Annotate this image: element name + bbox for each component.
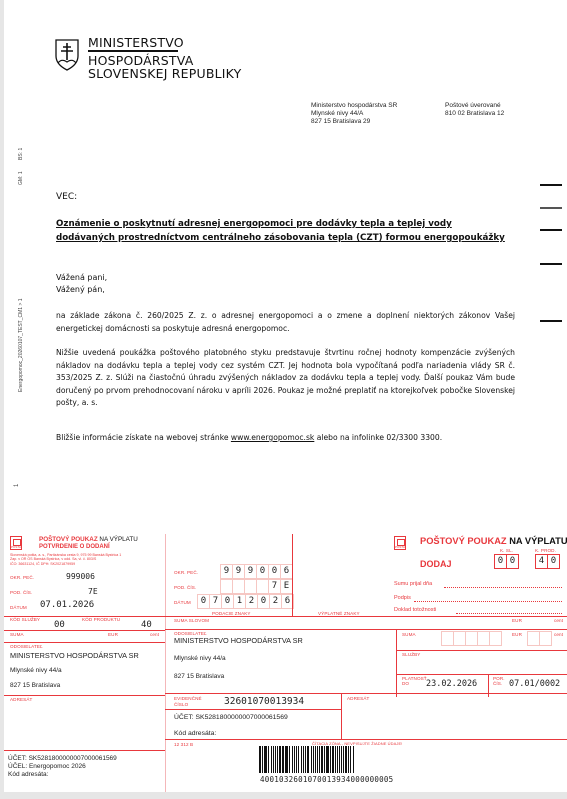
- fold-mark: [540, 263, 562, 265]
- por-cis-label: POR.ČÍS.: [493, 676, 505, 686]
- k-prod-boxes: 40: [535, 554, 560, 569]
- contact-text: alebo na infolinke 02/3300 3300.: [314, 433, 442, 442]
- stub-rule: [4, 630, 165, 631]
- paragraph-intro: na základe zákona č. 260/2025 Z. z. o ad…: [56, 310, 515, 335]
- k-sl-label: K. SL.: [500, 548, 513, 553]
- coat-of-arms-icon: [54, 38, 80, 72]
- barcode: [259, 746, 434, 773]
- digit-box: 0: [507, 555, 518, 568]
- post-logo-text: POŠTA: [11, 545, 21, 549]
- stub-pod-cis-label: POD. ČÍS.: [10, 590, 32, 595]
- stub-sender-label: ODOSIELATEĽ: [10, 644, 43, 649]
- evidencne-label-line: ČÍSLO: [174, 702, 202, 708]
- greeting-line: Vážená pani,: [56, 272, 107, 284]
- fold-mark: [540, 207, 562, 209]
- stub-title: POŠTOVÝ POUKAZ NA VÝPLATU: [39, 536, 138, 543]
- postage-note-line: 810 02 Bratislava 12: [445, 110, 504, 118]
- right-title-black: NA VÝPLATU: [507, 536, 567, 546]
- digit-box: 9: [221, 565, 233, 578]
- digit-box: [257, 580, 269, 593]
- stub-recipient-code: Kód adresáta:: [8, 771, 117, 779]
- postal-voucher: POŠTA POŠTOVÝ POUKAZ NA VÝPLATU POTVRDEN…: [4, 528, 567, 792]
- suma-slovom-label: SUMA SLOVOM: [174, 618, 209, 623]
- main-divider: [396, 629, 397, 697]
- side-code-file: Energopomoc_20260107_TEST_CM1 > 1: [18, 298, 24, 392]
- barcode-number: 4001032601070013934000000005: [260, 775, 393, 784]
- right-suma-label: SUMA: [402, 632, 416, 637]
- digit-box: [233, 580, 245, 593]
- digit-box: 0: [198, 595, 210, 608]
- main-addressee-label: ADRESÁT: [347, 696, 369, 701]
- post-logo-text: POŠTA: [395, 545, 405, 549]
- digit-box: 0: [258, 595, 270, 608]
- post-logo-icon: POŠTA: [10, 536, 22, 550]
- kod-sluzby-label: KÓD SLUŽBY: [10, 617, 40, 622]
- digit-box: 9: [245, 565, 257, 578]
- main-sender-name: MINISTERSTVO HOSPODÁRSTVA SR: [174, 636, 303, 645]
- right-title-red: POŠTOVÝ POUKAZ: [420, 536, 507, 546]
- digit-box: 0: [257, 565, 269, 578]
- letter-page: MINISTERSTVO HOSPODÁRSTVA SLOVENSKEJ REP…: [4, 0, 567, 792]
- energopomoc-link[interactable]: www.energopomoc.sk: [231, 433, 314, 442]
- kod-produktu-label: KÓD PRODUKTU: [82, 617, 120, 622]
- stub-okr-pec-value: 999006: [66, 572, 95, 581]
- stub-subtitle: POTVRDENIE O DODANÍ: [39, 544, 110, 550]
- kod-produktu-value: 40: [141, 620, 152, 630]
- stub-suma-label: SUMA: [10, 632, 24, 637]
- stub-account: ÚČET: SK5281800000007000061569: [8, 755, 117, 763]
- sumu-prijal-field[interactable]: [444, 587, 562, 588]
- stub-rule: [4, 750, 165, 751]
- main-pod-cis-label: POD. ČÍS.: [174, 585, 196, 590]
- sender-address-line: Mlynské nivy 44/A: [311, 110, 397, 118]
- stub-okr-pec-label: OKR. PEČ.: [10, 575, 34, 580]
- dodaj-label: DODAJ: [420, 559, 452, 569]
- digit-box: 4: [536, 555, 548, 568]
- digit-box: 2: [246, 595, 258, 608]
- cent-boxes: [527, 631, 552, 646]
- digit-box: 0: [222, 595, 234, 608]
- platnost-label: PLATNOSŤDO: [402, 676, 427, 686]
- digit-box: [221, 580, 233, 593]
- evidencne-cislo-label: EVIDENČNÉČÍSLO: [174, 696, 202, 707]
- main-okr-pec-label: OKR. PEČ.: [174, 570, 198, 575]
- form-code: 12 312 B: [174, 742, 193, 747]
- stub-datum-value: 07.01.2026: [40, 600, 94, 610]
- stub-title-black: NA VÝPLATU: [98, 536, 138, 543]
- stub-rule: [4, 695, 165, 696]
- digit-box: 7: [269, 580, 281, 593]
- right-cent-label: cent: [554, 632, 563, 637]
- por-cis-label-line: ČÍS.: [493, 681, 505, 686]
- side-code-page: 1: [14, 484, 20, 487]
- stub-title-red: POŠTOVÝ POUKAZ: [39, 536, 98, 543]
- fold-mark: [540, 229, 562, 231]
- sender-address-line: Ministerstvo hospodárstva SR: [311, 102, 397, 110]
- evidencne-cislo-value: 32601070013934: [224, 696, 304, 707]
- main-datum-boxes: 07012026: [197, 594, 294, 609]
- digit-box: 6: [281, 565, 292, 578]
- digit-box: 1: [234, 595, 246, 608]
- stub-footer: ÚČET: SK5281800000007000061569 ÚČEL: Ene…: [8, 755, 117, 779]
- digit-box: 2: [270, 595, 282, 608]
- main-rule: [165, 629, 567, 630]
- postage-note: Poštové úverované 810 02 Bratislava 12: [445, 102, 504, 118]
- stub-sender-city: 827 15 Bratislava: [10, 682, 60, 689]
- doklad-label: Doklad totožnosti: [394, 607, 436, 613]
- k-prod-label: K. PROD.: [535, 548, 556, 553]
- sumu-prijal-label: Sumu prijal dňa: [394, 581, 432, 587]
- podpis-field[interactable]: [414, 601, 562, 602]
- logo-line-3: SLOVENSKEJ REPUBLIKY: [88, 67, 241, 80]
- main-account: ÚČET: SK5281800000007000061569: [174, 714, 288, 721]
- stub-purpose: ÚČEL: Energopomoc 2026: [8, 763, 117, 771]
- doklad-field[interactable]: [456, 613, 562, 614]
- main-cent-label: cent: [554, 618, 563, 623]
- platnost-value: 23.02.2026: [426, 679, 477, 689]
- suma-boxes: [441, 631, 502, 646]
- stub-divider: [165, 534, 166, 792]
- stub-addressee-label: ADRESÁT: [10, 697, 32, 702]
- subject-heading: Oznámenie o poskytnutí adresnej energopo…: [56, 217, 511, 245]
- main-datum-label: DÁTUM: [174, 600, 191, 605]
- stub-cent-label: cent: [150, 632, 159, 637]
- logo-line-1: MINISTERSTVO: [88, 36, 178, 52]
- main-rule: [396, 674, 567, 675]
- digit-box: 9: [233, 565, 245, 578]
- podpis-label: Podpis: [394, 595, 411, 601]
- contact-text: Bližšie informácie získate na webovej st…: [56, 433, 231, 442]
- fold-mark: [540, 184, 562, 186]
- paragraph-contact: Bližšie informácie získate na webovej st…: [56, 432, 515, 445]
- stub-company-info: Slovenská pošta, a. s., Partizánska cest…: [10, 553, 121, 566]
- paragraph-voucher-info: Nižšie uvedená poukážka poštového platob…: [56, 347, 515, 410]
- main-sender-city: 827 15 Bratislava: [174, 673, 224, 680]
- stub-sender-street: Mlynské nivy 44/a: [10, 667, 62, 674]
- sender-address: Ministerstvo hospodárstva SR Mlynské niv…: [311, 102, 397, 126]
- digit-box: E: [281, 580, 292, 593]
- sluzby-label: SLUŽBY: [402, 652, 420, 657]
- evidencne-label-line: EVIDENČNÉ: [174, 696, 202, 702]
- subject-label: VEC:: [56, 192, 77, 202]
- stub-datum-label: DÁTUM: [10, 605, 27, 610]
- fold-mark: [540, 320, 562, 322]
- kod-sluzby-value: 00: [54, 620, 65, 630]
- greeting: Vážená pani, Vážený pán,: [56, 272, 107, 296]
- right-eur-label: EUR: [512, 632, 522, 637]
- right-title: POŠTOVÝ POUKAZ NA VÝPLATU: [420, 536, 567, 546]
- post-logo-icon: POŠTA: [394, 536, 406, 550]
- digit-box: 0: [548, 555, 559, 568]
- digit-box: 0: [495, 555, 507, 568]
- main-rule: [165, 616, 567, 617]
- greeting-line: Vážený pán,: [56, 284, 107, 296]
- main-rule: [165, 739, 567, 740]
- main-pod-cis-boxes: 7E: [220, 579, 293, 594]
- stub-sender-name: MINISTERSTVO HOSPODÁRSTVA SR: [10, 651, 139, 660]
- k-sl-boxes: 00: [494, 554, 519, 569]
- sender-address-line: 827 15 Bratislava 29: [311, 118, 397, 126]
- main-divider: [341, 693, 342, 739]
- digit-box: [245, 580, 257, 593]
- main-recipient-code: Kód adresáta:: [174, 730, 216, 737]
- stub-rule: [4, 642, 165, 643]
- platnost-label-line: DO: [402, 681, 427, 686]
- digit-box: 7: [210, 595, 222, 608]
- ministry-logo-text: MINISTERSTVO HOSPODÁRSTVA SLOVENSKEJ REP…: [88, 36, 241, 80]
- main-divider: [292, 534, 293, 616]
- stub-eur-label: EUR: [108, 632, 118, 637]
- main-rule: [165, 693, 567, 694]
- por-cis-value: 07.01/0002: [509, 679, 560, 689]
- main-sender-street: Mlynské nivy 44/a: [174, 655, 226, 662]
- main-rule: [165, 709, 341, 710]
- digit-box: 0: [269, 565, 281, 578]
- main-okr-pec-boxes: 999006: [220, 564, 293, 579]
- main-eur-label: EUR: [512, 618, 522, 623]
- side-code-gm: GM: 1: [18, 171, 24, 185]
- side-code-bs: BS: 1: [18, 148, 24, 160]
- company-info-line: IČO: 36631124, IČ DPH: SK2021879959: [10, 562, 121, 566]
- postage-note-line: Poštové úverované: [445, 102, 504, 110]
- stub-pod-cis-value: 7E: [88, 587, 98, 596]
- main-rule: [396, 650, 567, 651]
